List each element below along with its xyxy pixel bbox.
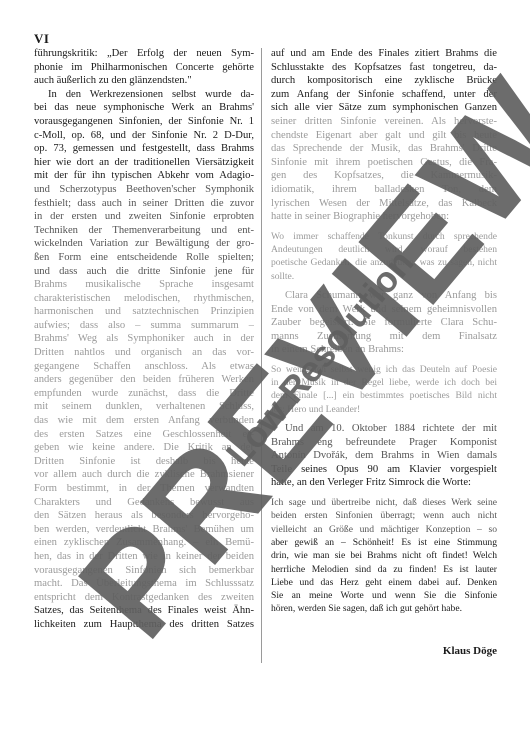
text-line: gegangene Schaffen anschloss. Als etwas	[34, 360, 254, 374]
text-line: mit der für ihn typischen Abkehr vom Ada…	[34, 169, 254, 183]
text-line: manns Zustimmung mit dem Finalsatz	[271, 330, 497, 344]
quote-line: So wenig ich selbst wenig ich das Deutel…	[271, 363, 497, 376]
quote-line: in der Musik in der Regel liebe, werde i…	[271, 376, 497, 389]
text-line: Clara Schumann war ganz von Anfang bis	[271, 289, 497, 303]
text-line: Form bestimmt, in der Themen verwandten	[34, 482, 254, 496]
quote-line: poetische Gedanken, die anzudeuten, was …	[271, 256, 497, 269]
left-column: führungskritik: „Der Erfolg der neuen Sy…	[34, 47, 254, 632]
text-line: vorausgegangenen Sinfonien sich bemerkba…	[34, 564, 254, 578]
text-line: den Sätzen heraus als besonders hervorge…	[34, 509, 254, 523]
text-line: seiner dritten Sinfonie vereinen. Als he…	[271, 115, 497, 129]
text-line: lichkeiten zum Hauptthema des dritten Sa…	[34, 618, 254, 632]
text-line: Zauber begeistert. Sie formulierte Clara…	[271, 316, 497, 330]
quote-line: sollte.	[271, 270, 497, 283]
text-line: des ersten Satzes eine Geschlossenheit e…	[34, 428, 254, 442]
text-line: Brahms eng befreundete Prager Komponist	[271, 436, 497, 450]
quote-line: Liebe und das Herz geht einem dabei auf.…	[271, 576, 497, 589]
column-divider	[261, 48, 262, 663]
text-line: idiomatik, ihrem balladesken Ton, dem	[271, 183, 497, 197]
text-line: hatte in seiner Biographie hervorgehoben…	[271, 210, 497, 224]
quote-line: Ich sage und übertreibe nicht, daß diese…	[271, 496, 497, 509]
quote-line: Wo immer schaffende Tonkunst durch sprec…	[271, 230, 497, 243]
text-line: geben wie keine andere. Die Kritik an de…	[34, 441, 254, 455]
quote-line: vielleicht an Größe und mächtiger Konzep…	[271, 523, 497, 536]
quote-line: herrliche Melodien sind da zu finden! Es…	[271, 563, 497, 576]
quote-line: los: Hero und Leander!	[271, 403, 497, 416]
text-line: Techniken der Themenverarbeitung und ent…	[34, 224, 254, 238]
text-line: macht. Das Überleitungsthema im Schlusss…	[34, 577, 254, 591]
text-line: ben werden, verdeutlicht Brahms' Bemühen…	[34, 523, 254, 537]
text-line: Brahms' Weg als Symphoniker auch in der	[34, 332, 254, 346]
text-line: Satzes, das Seitenthema des Finales weis…	[34, 604, 254, 618]
quote-line: drin, wie man sie bei Brahms nicht oft f…	[271, 549, 497, 562]
text-line: empfunden wurde zunächst, dass die Dritt…	[34, 387, 254, 401]
text-line: Und am 10. Oktober 1884 richtete der mit	[271, 422, 497, 436]
text-line: Charakters und Gedankens bewusst aus	[34, 496, 254, 510]
text-line: durch kompositorisch eine zyklische Brüc…	[271, 74, 497, 88]
text-line: c-Moll, op. 68, und der Sinfonie Nr. 2 D…	[34, 129, 254, 143]
text-line: Brahms musikalische Sprache insgesamt	[34, 278, 254, 292]
text-line: wickelnden Variation zur Bewältigung der…	[34, 237, 254, 251]
text-line: In den Werkrezensionen selbst wurde da-	[34, 88, 254, 102]
quote-line: Andeutungen deutlich wird, worauf besteh…	[271, 243, 497, 256]
text-line: und Scherzotypus Beethoven'scher Symphon…	[34, 183, 254, 197]
text-line: vor allem auch durch die zyklische Brahm…	[34, 468, 254, 482]
text-line: auch äußerlich zu den glänzendsten."	[34, 74, 254, 88]
text-line: einen zyklischen Zusammenhang. – ein Bem…	[34, 536, 254, 550]
text-line: chendste Eigenart aber galt und gilt bis…	[271, 129, 497, 143]
quote-line: aber gewiß an – Schönheit! Es ist eine S…	[271, 536, 497, 549]
text-line: Teile seines Opus 90 am Klavier vorgespi…	[271, 463, 497, 477]
text-line: hen, das in der Dritten wie in keiner de…	[34, 550, 254, 564]
text-line: Antonín Dvořák, dem Brahms in Wien damal…	[271, 449, 497, 463]
text-line: lyrischen Wesen der Mittelsätze, das Kal…	[271, 197, 497, 211]
text-line: phonie im Philharmonischen Concerte gehö…	[34, 61, 254, 75]
right-column: auf und am Ende des Finales zitiert Brah…	[271, 47, 497, 616]
text-line: auf und am Ende des Finales zitiert Brah…	[271, 47, 497, 61]
text-line: harmonischen und satztechnischen Prinzip…	[34, 305, 254, 319]
text-line: Ende von dem Werk und seinem geheimnisvo…	[271, 303, 497, 317]
text-line: vorausgegangenen Sinfonien, der Sinfonie…	[34, 115, 254, 129]
page-number: VI	[34, 31, 49, 47]
text-line: festhielt; dass auch in seiner Dritten d…	[34, 197, 254, 211]
text-line: hatte, an den Verleger Fritz Simrock die…	[271, 476, 497, 490]
text-line: gen des Kopfsatzes, die Kammermusik-	[271, 169, 497, 183]
quote-line: beiden ersten Sinfonien überragt; wenn a…	[271, 509, 497, 522]
text-line: zum Anfang der Sinfonie schaffend, unter…	[271, 88, 497, 102]
quote-line: dem Finale [...] ein bestimmtes poetisch…	[271, 389, 497, 402]
text-line: op. 73, gemessen und festgestellt, dass …	[34, 142, 254, 156]
text-line: das Sprechende der Musik, das Brahms' Dr…	[271, 142, 497, 156]
text-line: in der ersten und zweiten Sinfonie erpro…	[34, 210, 254, 224]
text-line: sich alle vier Sätze zum symphonischen G…	[271, 101, 497, 115]
text-line: aufwies; dass also – summa summarum –	[34, 319, 254, 333]
text-line: das wie mit dem ersten Anfang verbunden	[34, 414, 254, 428]
text-line: hier wie dort an der traditionellen Vier…	[34, 156, 254, 170]
author-signature: Klaus Döge	[443, 645, 497, 657]
text-line: Sinfonie mit ihrem poetischen Gestus, di…	[271, 156, 497, 170]
quote-line: Sie an meine Worte und wenn Sie die Sinf…	[271, 589, 497, 602]
text-line: Dritten Sinfonie ist deshalb bis heute	[34, 455, 254, 469]
text-line: mit seinem dunklen, verhaltenen Schluss,	[34, 400, 254, 414]
text-line: charakteristischen melodischen, rhythmis…	[34, 292, 254, 306]
text-line: Dritten nahtlos und organisch an das vor…	[34, 346, 254, 360]
text-line: ßen Form eine entscheidende Rolle spielt…	[34, 251, 254, 265]
text-line: anders gegenüber den beiden früheren Wer…	[34, 373, 254, 387]
text-line: führungskritik: „Der Erfolg der neuen Sy…	[34, 47, 254, 61]
text-line: bei das neue symphonische Werk an Brahms…	[34, 101, 254, 115]
text-line: in einem Schreiben an Brahms:	[271, 343, 497, 357]
text-line: Schlusstakte des Kopfsatzes fast tongetr…	[271, 61, 497, 75]
text-line: entspricht dem Kontrastgedanken des zwei…	[34, 591, 254, 605]
text-line: und dass auch die dritte Sinfonie jene f…	[34, 265, 254, 279]
quote-line: hören, werden Sie sagen, daß ich gut geh…	[271, 602, 497, 615]
